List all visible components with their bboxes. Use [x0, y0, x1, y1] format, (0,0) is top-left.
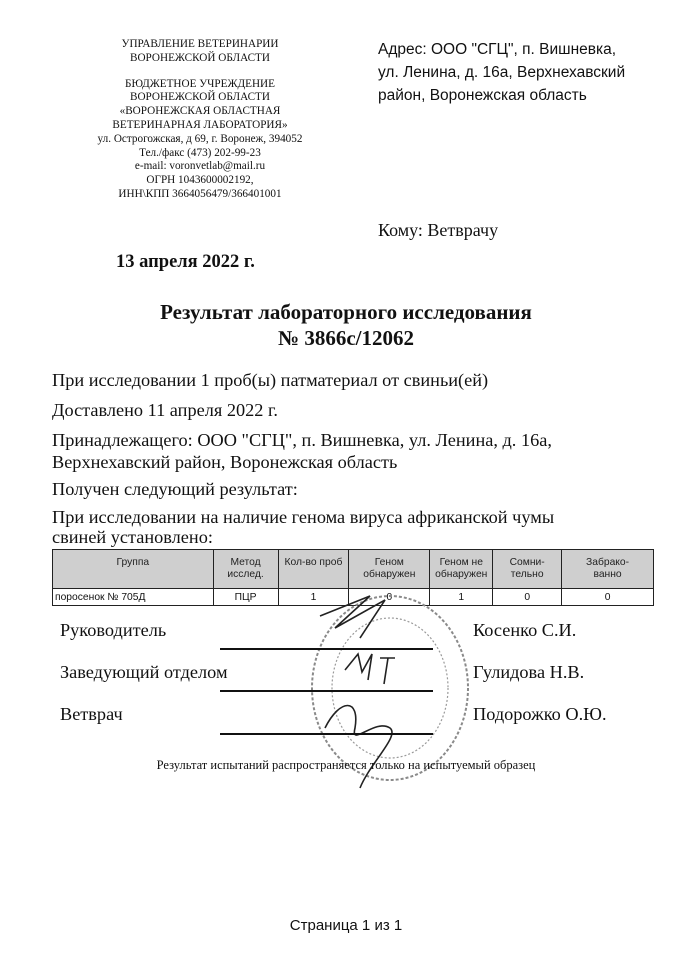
org-line: БЮДЖЕТНОЕ УЧРЕЖДЕНИЕ — [60, 78, 340, 92]
seal-stamp-icon — [300, 588, 470, 818]
signature-role: Ветврач — [60, 704, 123, 725]
table-header-row: Группа Методисслед. Кол-во проб Геномобн… — [53, 550, 654, 589]
address-line: ул. Ленина, д. 16а, Верхнехавский — [378, 61, 668, 84]
header-doubtful: Сомни-тельно — [493, 550, 562, 589]
signature-role: Руководитель — [60, 620, 166, 641]
address-line: район, Воронежская область — [378, 84, 668, 107]
signature-line — [220, 648, 433, 650]
page-indicator: Страница 1 из 1 — [0, 917, 692, 934]
org-address: ул. Острогожская, д 69, г. Воронеж, 3940… — [60, 133, 340, 147]
signature-name: Косенко С.И. — [473, 620, 576, 641]
header-sample-count: Кол-во проб — [278, 550, 349, 589]
signature-role: Заведующий отделом — [60, 662, 228, 683]
org-email: e-mail: voronvetlab@mail.ru — [60, 160, 340, 174]
org-line: ВОРОНЕЖСКОЙ ОБЛАСТИ — [60, 52, 340, 66]
org-line: УПРАВЛЕНИЕ ВЕТЕРИНАРИИ — [60, 38, 340, 52]
cell-rejected: 0 — [562, 589, 654, 606]
organization-header: УПРАВЛЕНИЕ ВЕТЕРИНАРИИ ВОРОНЕЖСКОЙ ОБЛАС… — [60, 38, 340, 202]
delivered-text: Доставлено 11 апреля 2022 г. — [52, 400, 278, 421]
document-date: 13 апреля 2022 г. — [116, 252, 255, 273]
org-ogrn: ОГРН 1043600002192, — [60, 174, 340, 188]
recipient-address: Адрес: ООО "СГЦ", п. Вишневка, ул. Ленин… — [378, 38, 668, 107]
org-phone: Тел./факс (473) 202-99-23 — [60, 147, 340, 161]
header-group: Группа — [53, 550, 214, 589]
org-line: «ВОРОНЕЖСКАЯ ОБЛАСТНАЯ — [60, 105, 340, 119]
org-line: ВЕТЕРИНАРНАЯ ЛАБОРАТОРИЯ» — [60, 119, 340, 133]
cell-group: поросенок № 705Д — [53, 589, 214, 606]
header-method: Методисслед. — [213, 550, 278, 589]
signature-line — [220, 690, 433, 692]
org-line: ВОРОНЕЖСКОЙ ОБЛАСТИ — [60, 91, 340, 105]
result-intro: Получен следующий результат: — [52, 479, 298, 500]
owner-line-1: Принадлежащего: ООО "СГЦ", п. Вишневка, … — [52, 430, 552, 451]
header-genome-detected: Геномобнаружен — [349, 550, 430, 589]
study-line-1: При исследовании на наличие генома вирус… — [52, 507, 554, 528]
disclaimer-note: Результат испытаний распространяется тол… — [0, 758, 692, 773]
cell-method: ПЦР — [213, 589, 278, 606]
org-inn: ИНН\КПП 3664056479/366401001 — [60, 188, 340, 202]
header-genome-not-detected: Геном необнаружен — [430, 550, 493, 589]
study-line-2: свиней установлено: — [52, 527, 213, 548]
owner-line-2: Верхнехавский район, Воронежская область — [52, 452, 397, 473]
title-line: Результат лабораторного исследования — [0, 299, 692, 325]
signature-name: Подорожко О.Ю. — [473, 704, 607, 725]
signature-line — [220, 733, 433, 735]
document-number: № 3866с/12062 — [0, 325, 692, 351]
samples-text: При исследовании 1 проб(ы) патматериал о… — [52, 370, 488, 391]
signature-name: Гулидова Н.В. — [473, 662, 584, 683]
document-title: Результат лабораторного исследования № 3… — [0, 299, 692, 351]
recipient: Кому: Ветврачу — [378, 220, 498, 241]
address-line: Адрес: ООО "СГЦ", п. Вишневка, — [378, 38, 668, 61]
header-rejected: Забрако-ванно — [562, 550, 654, 589]
cell-doubtful: 0 — [493, 589, 562, 606]
